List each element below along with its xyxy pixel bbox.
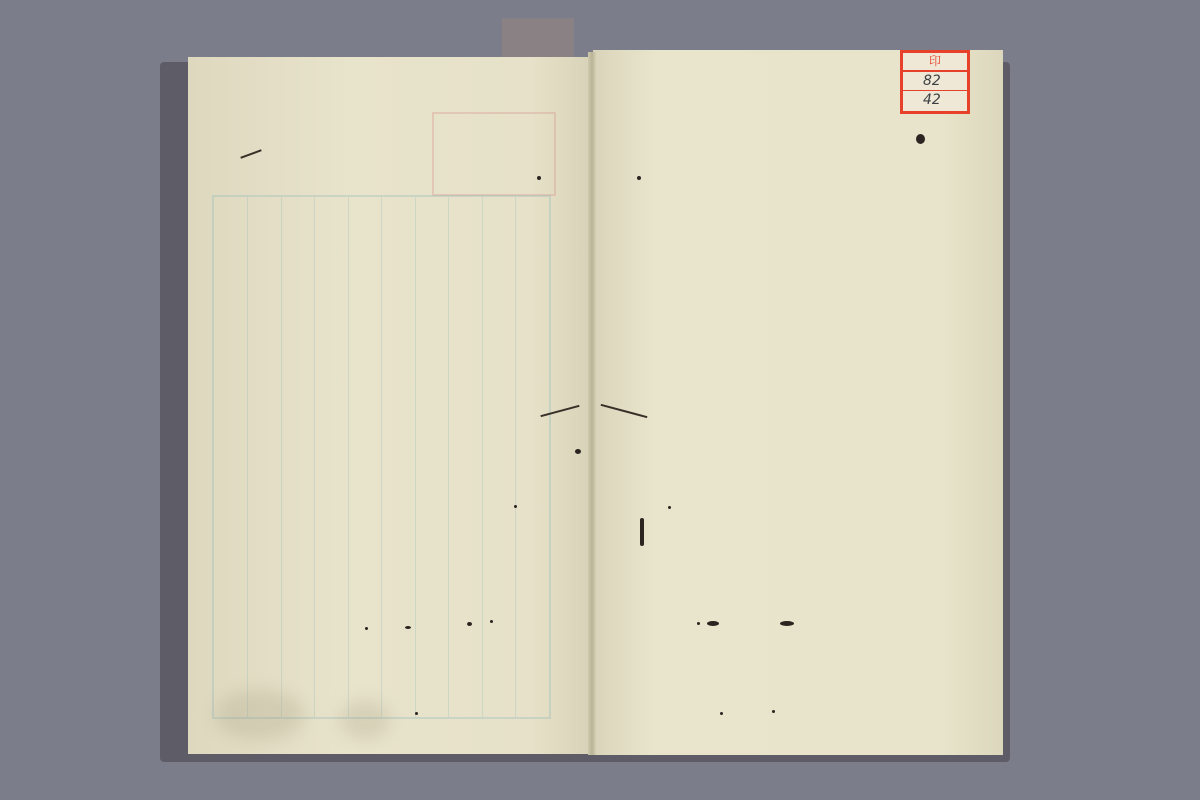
column-line <box>482 197 483 717</box>
wormhole <box>697 622 700 625</box>
wormhole <box>720 712 723 715</box>
wormhole <box>575 449 581 454</box>
wormhole <box>637 176 641 180</box>
wormhole <box>707 621 719 626</box>
column-line <box>348 197 349 717</box>
background-item <box>502 18 574 58</box>
show-through-text-block <box>212 195 551 719</box>
column-line <box>381 197 382 717</box>
wormhole <box>780 621 794 626</box>
stamp-number-2: 42 <box>903 91 967 109</box>
stamp-number-1: 82 <box>903 72 967 91</box>
column-line <box>415 197 416 717</box>
column-line <box>281 197 282 717</box>
wormhole <box>640 518 644 546</box>
ownership-stamp: 印 82 42 <box>900 50 970 114</box>
wormhole <box>514 505 517 508</box>
stain <box>215 690 305 740</box>
wormhole <box>467 622 472 626</box>
column-line <box>448 197 449 717</box>
wormhole <box>365 627 368 630</box>
column-line <box>314 197 315 717</box>
stamp-header: 印 <box>903 53 967 72</box>
wormhole <box>916 134 925 144</box>
wormhole <box>415 712 418 715</box>
book-gutter <box>588 52 596 755</box>
wormhole <box>537 176 541 180</box>
wormhole <box>772 710 775 713</box>
wormhole <box>405 626 411 629</box>
wormhole <box>668 506 671 509</box>
wormhole <box>490 620 493 623</box>
right-page <box>593 50 1003 755</box>
column-line <box>247 197 248 717</box>
stain <box>340 700 390 740</box>
show-through-seal <box>432 112 556 196</box>
column-line <box>515 197 516 717</box>
